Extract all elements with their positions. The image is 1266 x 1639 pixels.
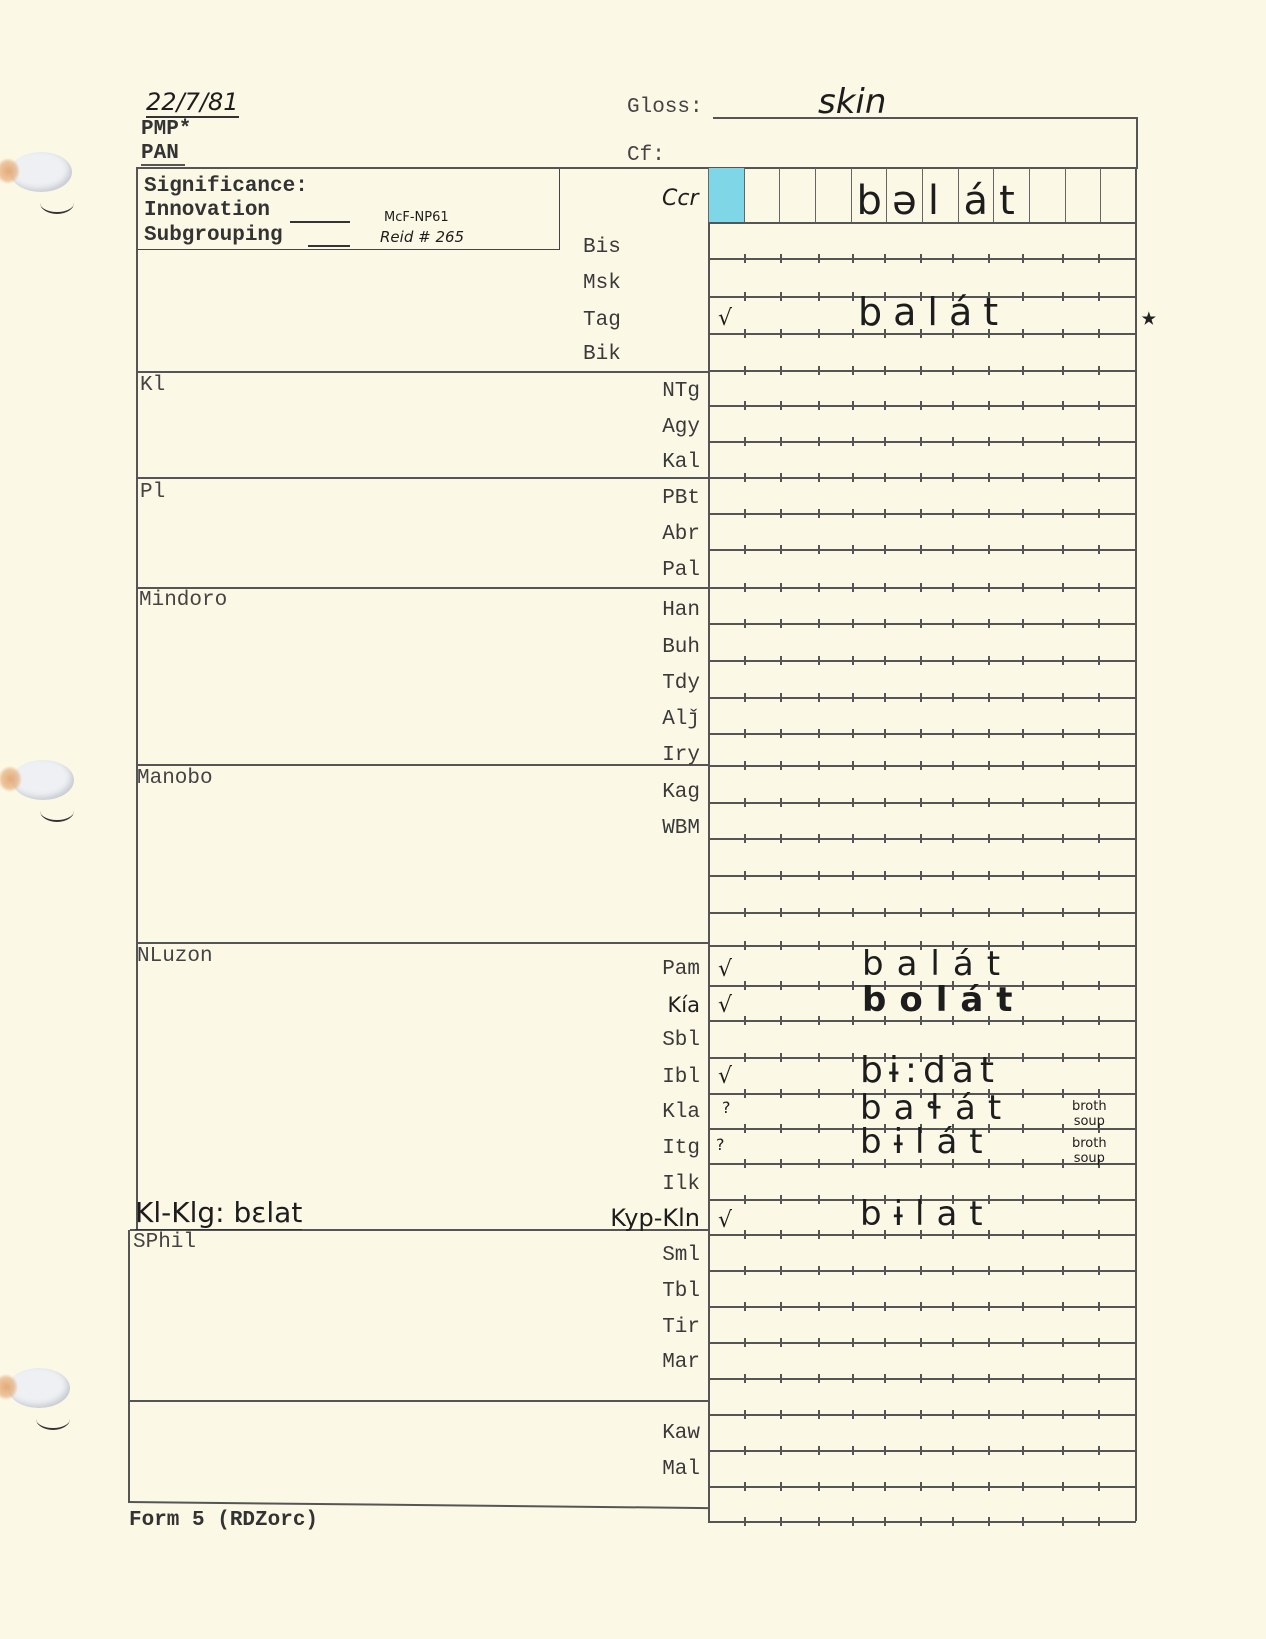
lang-kyp-kln: Kyp-Kln [610,1204,700,1232]
tick-mark [884,437,886,446]
tick-mark [1098,941,1100,950]
tick-mark [920,798,922,807]
tick-mark [1022,1053,1024,1062]
tick-mark [818,693,820,702]
tick-mark [920,1266,922,1275]
tick-mark [852,1230,854,1239]
binder-hole-middle [12,760,74,800]
tick-mark [780,292,782,301]
tick-mark [1098,761,1100,770]
date: 22/7/81 [146,88,239,118]
tick-mark [952,366,954,375]
tick-mark [744,254,746,263]
tick-mark [1022,908,1024,917]
tick-mark [780,693,782,702]
tick-mark [920,366,922,375]
tick-mark [852,1089,854,1098]
tick-mark [988,908,990,917]
tick-mark [780,1089,782,1098]
lang-sml: Sml [662,1244,700,1267]
tick-mark [818,366,820,375]
tick-mark [1022,941,1024,950]
tick-mark [920,693,922,702]
tick-mark [818,437,820,446]
tick-mark [952,1266,954,1275]
tick-mark [744,656,746,665]
lang-bis: Bis [583,236,621,259]
ruled-line [708,1306,1136,1308]
tick-mark [852,583,854,592]
tick-mark [744,509,746,518]
tick-mark [884,1410,886,1419]
tick-mark [920,1517,922,1526]
tick-mark [920,401,922,410]
tick-mark [852,1124,854,1133]
tick-mark [920,834,922,843]
tick-mark [1022,761,1024,770]
tick-mark [780,437,782,446]
tick-mark [1022,583,1024,592]
ruled-line [708,697,1136,699]
tick-mark [780,619,782,628]
tick-mark [1098,1302,1100,1311]
tick-mark [780,729,782,738]
tick-mark [780,401,782,410]
pan-label: PAN [141,142,179,165]
tick-mark [1022,1338,1024,1347]
ruled-line [708,765,1136,767]
tick-mark [1062,401,1064,410]
tick-mark [744,693,746,702]
lang-kag: Kag [662,781,700,804]
tick-mark [744,545,746,554]
tick-mark [952,583,954,592]
tick-mark [780,981,782,990]
ruled-line [708,370,1136,372]
tick-mark [952,834,954,843]
tick-mark [1098,1482,1100,1491]
tick-mark [780,1517,782,1526]
tick-mark [1098,366,1100,375]
hole-shadow [40,800,74,822]
tick-mark [852,656,854,665]
ruled-line [708,477,1136,479]
tick-mark [1098,1517,1100,1526]
gloss-underline [713,117,1137,119]
tick-mark [884,509,886,518]
tick-mark [920,1446,922,1455]
tick-mark [744,1053,746,1062]
tick-mark [884,619,886,628]
tick-mark [920,1302,922,1311]
ruled-line [708,587,1136,589]
tick-mark [744,1124,746,1133]
tick-mark [1098,473,1100,482]
tick-mark [818,473,820,482]
tick-mark [920,509,922,518]
tick-mark [780,761,782,770]
lang-ntg: NTg [662,380,700,403]
lang-bik: Bik [583,343,621,366]
tick-mark [818,871,820,880]
tick-mark [1062,798,1064,807]
note-itg: brothsoup [1072,1136,1107,1166]
tick-mark [818,761,820,770]
tick-mark [884,1302,886,1311]
tick-mark [1062,1266,1064,1275]
tick-mark [1062,545,1064,554]
tick-mark [818,1195,820,1204]
check-kia: √ [718,993,732,1018]
tick-mark [780,509,782,518]
tick-mark [1062,1338,1064,1347]
tick-mark [744,1089,746,1098]
tick-mark [852,1302,854,1311]
lang-abr: Abr [662,523,700,546]
tick-mark [818,834,820,843]
tick-mark [852,798,854,807]
tick-mark [1022,401,1024,410]
tick-mark [744,437,746,446]
question-kla: ? [722,1098,731,1117]
tick-mark [952,693,954,702]
tick-mark [744,1016,746,1025]
reconstruction-cell [779,168,815,222]
lang-buh: Buh [662,636,700,659]
tick-mark [884,834,886,843]
tick-mark [1022,1089,1024,1098]
tick-mark [1098,834,1100,843]
reference-mcfarland: McF-NP61 [384,210,449,225]
ruled-line [708,1486,1136,1488]
tick-mark [1098,1089,1100,1098]
tick-mark [818,1374,820,1383]
check-tag: √ [718,306,732,331]
tick-mark [818,656,820,665]
tick-mark [1098,437,1100,446]
tick-mark [920,545,922,554]
tick-mark [744,981,746,990]
reference-reid: Reid # 265 [380,228,464,246]
tick-mark [884,1266,886,1275]
ruled-line [708,838,1136,840]
tick-mark [1098,1016,1100,1025]
tick-mark [780,254,782,263]
tick-mark [1022,329,1024,338]
tick-mark [780,871,782,880]
tick-mark [744,908,746,917]
tick-mark [744,1517,746,1526]
tick-mark [1022,798,1024,807]
tick-mark [852,401,854,410]
tick-mark [884,583,886,592]
tick-mark [1062,254,1064,263]
tick-mark [780,798,782,807]
tick-mark [1098,619,1100,628]
tick-mark [988,619,990,628]
tick-mark [780,329,782,338]
lang-alj: Alǰ [662,708,700,731]
tick-mark [884,871,886,880]
tick-mark [852,693,854,702]
binder-hole-bottom [8,1368,70,1408]
tick-mark [852,1410,854,1419]
tick-mark [818,545,820,554]
lang-iry: Iry [662,744,700,767]
tick-mark [744,329,746,338]
tick-mark [1022,1195,1024,1204]
tick-mark [852,981,854,990]
innovation-label: Innovation [144,199,270,222]
tick-mark [1062,656,1064,665]
tick-mark [920,583,922,592]
tick-mark [920,1482,922,1491]
tick-mark [1022,656,1024,665]
lang-kaw: Kaw [662,1422,700,1445]
tick-mark [744,1338,746,1347]
tick-mark [920,1338,922,1347]
tick-mark [1062,1374,1064,1383]
tick-mark [818,798,820,807]
tick-mark [744,798,746,807]
tick-mark [818,292,820,301]
tick-mark [818,1124,820,1133]
tick-mark [1062,509,1064,518]
tick-mark [1098,401,1100,410]
ruled-line [708,660,1136,662]
tick-mark [780,1338,782,1347]
tick-mark [1098,583,1100,592]
tick-mark [744,941,746,950]
tick-mark [952,1338,954,1347]
tick-mark [852,1338,854,1347]
tick-mark [1062,1482,1064,1491]
lang-kia: Kía [668,993,700,1017]
ruled-line [708,1234,1136,1236]
tick-mark [852,254,854,263]
tick-mark [1022,1410,1024,1419]
tick-mark [818,1517,820,1526]
ruled-line [708,733,1136,735]
tick-mark [744,1230,746,1239]
tick-mark [988,729,990,738]
tick-mark [744,1195,746,1204]
ruled-line [708,258,1136,260]
significance-title: Significance: [144,175,308,198]
note-kla: brothsoup [1072,1099,1107,1129]
tick-mark [818,729,820,738]
tick-mark [952,1302,954,1311]
tick-mark [852,1053,854,1062]
tick-mark [988,1446,990,1455]
tick-mark [1062,473,1064,482]
tick-mark [920,871,922,880]
tick-mark [1062,329,1064,338]
tick-mark [744,1302,746,1311]
tick-mark [988,1410,990,1419]
lang-mar: Mar [662,1351,700,1374]
tick-mark [1022,545,1024,554]
tick-mark [852,1016,854,1025]
reconstruction-segment: á [964,178,989,224]
tick-mark [1062,1195,1064,1204]
tick-mark [818,1446,820,1455]
tick-mark [852,473,854,482]
lang-pbt: PBt [662,487,700,510]
tick-mark [988,545,990,554]
reconstruction-cell [1065,168,1101,222]
tick-mark [852,941,854,950]
tick-mark [744,1410,746,1419]
tick-mark [780,1124,782,1133]
tick-mark [1022,254,1024,263]
tick-mark [852,619,854,628]
lang-pam: Pam [662,958,700,981]
divider-bottom-group [128,1400,708,1402]
frame-right-top [1136,117,1138,169]
tick-mark [1062,619,1064,628]
tick-mark [818,1302,820,1311]
tick-mark [852,292,854,301]
tick-mark [744,619,746,628]
tick-mark [884,1338,886,1347]
tick-mark [818,1410,820,1419]
tick-mark [884,1446,886,1455]
tick-mark [952,1410,954,1419]
tick-mark [884,798,886,807]
tick-mark [852,509,854,518]
tick-mark [780,941,782,950]
form-tag: balát [858,290,1009,334]
tick-mark [780,583,782,592]
tick-mark [780,908,782,917]
tick-mark [988,473,990,482]
lang-tbl: Tbl [662,1280,700,1303]
tick-mark [988,1517,990,1526]
tick-mark [988,1266,990,1275]
divider-kl [136,371,708,373]
lang-mal: Mal [662,1458,700,1481]
ruled-line [708,1020,1136,1022]
ruled-line [708,1414,1136,1416]
tick-mark [988,254,990,263]
tick-mark [818,401,820,410]
group-sphil: SPhil [133,1231,196,1254]
tick-mark [780,473,782,482]
tick-mark [780,366,782,375]
hole-shadow [36,1408,70,1430]
tick-mark [852,1159,854,1168]
form-kyp: bɨlat [860,1194,995,1234]
tick-mark [852,1195,854,1204]
group-mindoro: Mindoro [139,589,227,612]
tick-mark [1022,292,1024,301]
tick-mark [744,761,746,770]
tick-mark [1022,509,1024,518]
tick-mark [780,1053,782,1062]
tick-mark [1098,1053,1100,1062]
group-pl: Pl [140,481,165,504]
tick-mark [1098,871,1100,880]
tick-mark [818,1016,820,1025]
tick-mark [920,656,922,665]
tick-mark [1022,1517,1024,1526]
form-footer: Form 5 (RDZorc) [129,1509,318,1532]
tick-mark [818,329,820,338]
tick-mark [744,1446,746,1455]
divider-manobo [136,764,708,766]
tick-mark [884,1517,886,1526]
gloss-label: Gloss: [627,96,703,119]
tick-mark [952,761,954,770]
form-ibl: bɨ:dat [860,1050,1000,1091]
tick-mark [852,729,854,738]
tick-mark [1062,366,1064,375]
check-pam: √ [718,957,732,982]
tick-mark [884,401,886,410]
tick-mark [1098,1410,1100,1419]
frame-bottom [128,1501,708,1509]
tick-mark [1062,941,1064,950]
tick-mark [1022,1302,1024,1311]
form-itg: bɨlát [860,1122,995,1162]
tick-mark [818,908,820,917]
tick-mark [1098,1195,1100,1204]
tick-mark [852,1374,854,1383]
tick-mark [1062,292,1064,301]
tick-mark [988,401,990,410]
tick-mark [1098,798,1100,807]
hole-shadow [40,192,74,214]
tick-mark [1062,1124,1064,1133]
tick-mark [1062,437,1064,446]
tick-mark [952,473,954,482]
tick-mark [1062,1053,1064,1062]
frame-left [136,168,138,1230]
tick-mark [780,1230,782,1239]
tick-mark [920,619,922,628]
tick-mark [920,254,922,263]
tick-mark [884,656,886,665]
tick-mark [920,473,922,482]
tick-mark [780,656,782,665]
tick-mark [884,1482,886,1491]
tick-mark [818,941,820,950]
tick-mark [988,437,990,446]
tick-mark [952,1446,954,1455]
tick-mark [1098,254,1100,263]
lang-ibl: Ibl [662,1066,700,1089]
reconstruction-segment: b [857,178,882,224]
tick-mark [1062,834,1064,843]
tick-mark [952,871,954,880]
cf-label: Cf: [627,144,665,167]
ruled-line [708,802,1136,804]
tick-mark [952,437,954,446]
tick-mark [988,1338,990,1347]
tick-mark [744,366,746,375]
tick-mark [1098,908,1100,917]
tick-mark [818,1482,820,1491]
reconstruction-label: Ccr [662,186,699,211]
group-kl: Kl [140,374,165,397]
lang-agy: Agy [662,416,700,439]
side-note: Kl-Klg: bɛlat [135,1196,302,1230]
tick-mark [1062,1016,1064,1025]
tick-mark [1062,1230,1064,1239]
tick-mark [1022,1159,1024,1168]
tick-mark [1022,871,1024,880]
